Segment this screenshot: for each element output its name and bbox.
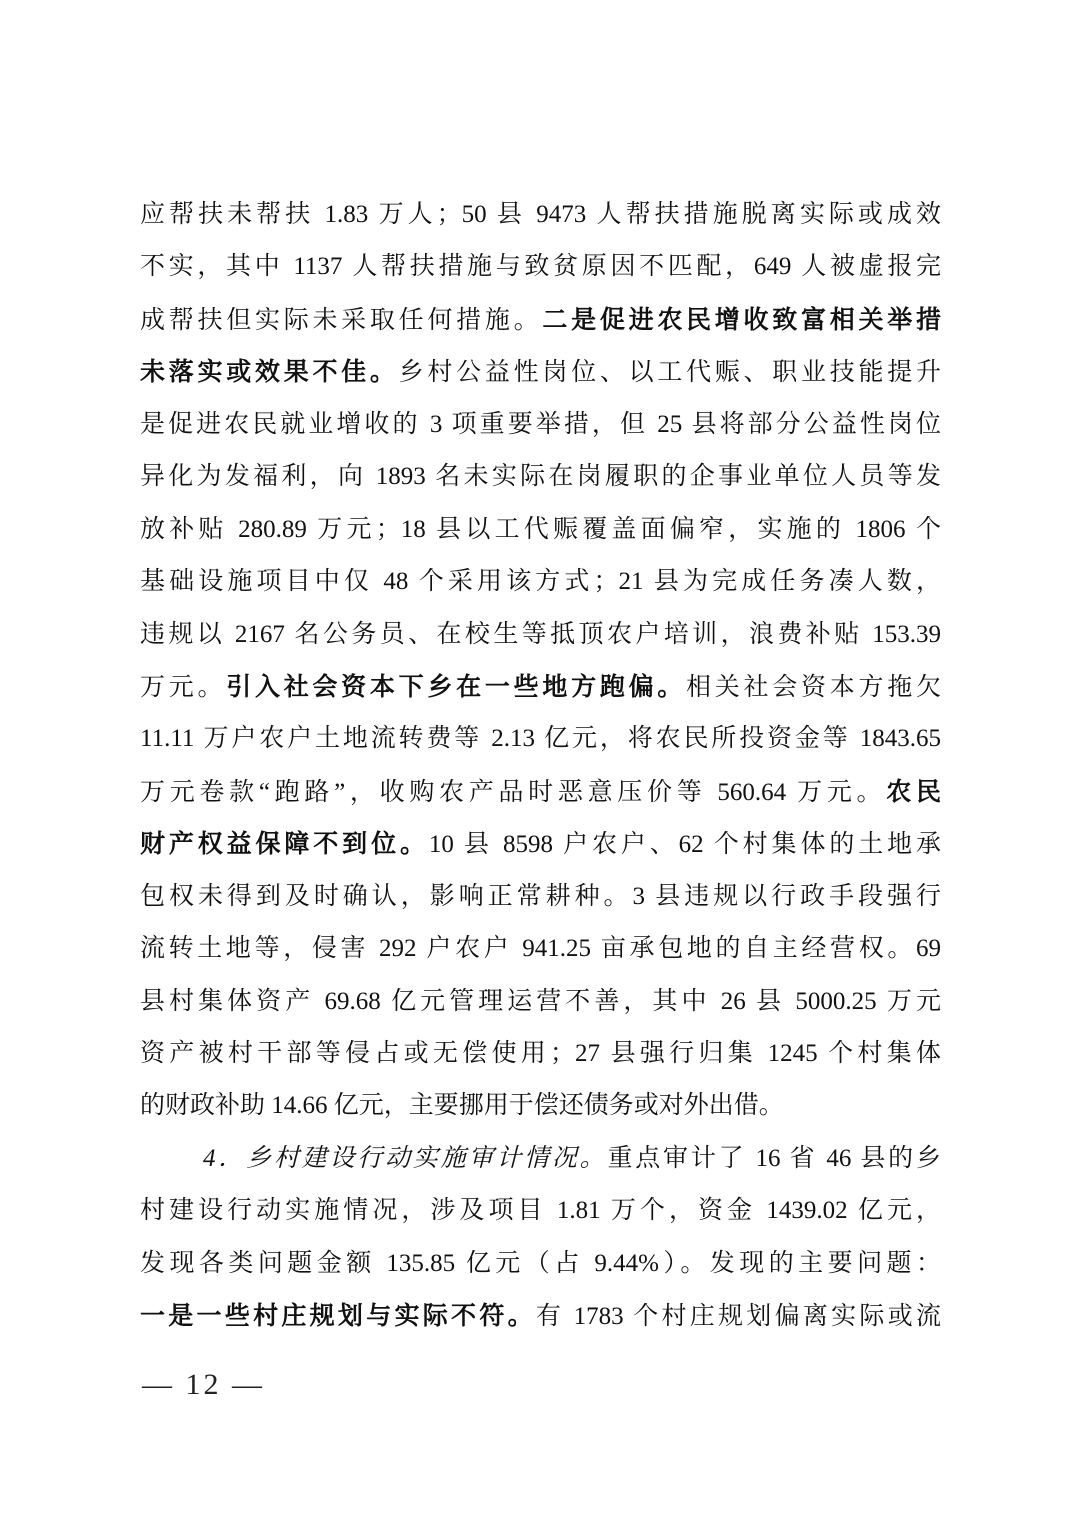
- text-line: 未落实或效果不佳。乡村公益性岗位、以工代赈、职业技能提升: [140, 346, 941, 398]
- text-line: 11.11 万户农户土地流转费等 2.13 亿元，将农民所投资金等 1843.6…: [140, 713, 941, 765]
- emphasis-text: 未落实或效果不佳。: [140, 358, 399, 386]
- text-line: 财产权益保障不到位。10 县 8598 户农户、62 个村集体的土地承: [140, 818, 941, 870]
- body-text-run: 基础设施项目中仅 48 个采用该方式；21 县为完成任务凑人数，: [140, 568, 941, 595]
- text-line: 万元。引入社会资本下乡在一些地方跑偏。相关社会资本方拖欠: [140, 661, 941, 713]
- body-text-run: 包权未得到及时确认，影响正常耕种。3 县违规以行政手段强行: [140, 883, 941, 910]
- text-line: 是促进农民就业增收的 3 项重要举措，但 25 县将部分公益性岗位: [140, 399, 941, 451]
- body-text-run: 发现各类问题金额 135.85 亿元（占 9.44%）。发现的主要问题：: [140, 1250, 941, 1277]
- text-line: 不实，其中 1137 人帮扶措施与致贫原因不匹配，649 人被虚报完: [140, 241, 941, 293]
- page-number: — 12 —: [142, 1360, 265, 1410]
- body-text-run: 11.11 万户农户土地流转费等 2.13 亿元，将农民所投资金等 1843.6…: [140, 725, 941, 752]
- item-heading-text: 4．乡村建设行动实施审计情况。: [203, 1145, 607, 1172]
- body-text-run: 的财政补助 14.66 亿元，主要挪用于偿还债务或对外出借。: [140, 1092, 784, 1119]
- text-line: 成帮扶但实际未采取任何措施。二是促进农民增收致富相关举措: [140, 294, 941, 346]
- text-line: 一是一些村庄规划与实际不符。有 1783 个村庄规划偏离实际或流: [140, 1290, 941, 1342]
- text-line: 县村集体资产 69.68 亿元管理运营不善，其中 26 县 5000.25 万元: [140, 976, 941, 1028]
- document-page: 应帮扶未帮扶 1.83 万人；50 县 9473 人帮扶措施脱离实际或成效不实，…: [0, 0, 1080, 1527]
- body-text-run: 异化为发福利，向 1893 名未实际在岗履职的企事业单位人员等发: [140, 463, 941, 490]
- body-text-run: 资产被村干部等侵占或无偿使用；27 县强行归集 1245 个村集体: [140, 1040, 941, 1067]
- text-line: 的财政补助 14.66 亿元，主要挪用于偿还债务或对外出借。: [140, 1080, 941, 1132]
- body-text-run: 放补贴 280.89 万元；18 县以工代赈覆盖面偏窄，实施的 1806 个: [140, 516, 941, 543]
- text-line: 违规以 2167 名公务员、在校生等抵顶农户培训，浪费补贴 153.39: [140, 609, 941, 661]
- body-text-run: 相关社会资本方拖欠: [686, 674, 941, 701]
- body-text-run: 不实，其中 1137 人帮扶措施与致贫原因不匹配，649 人被虚报完: [140, 253, 941, 280]
- text-line: 发现各类问题金额 135.85 亿元（占 9.44%）。发现的主要问题：: [140, 1238, 941, 1290]
- text-line: 应帮扶未帮扶 1.83 万人；50 县 9473 人帮扶措施脱离实际或成效: [140, 189, 941, 241]
- body-text-run: 应帮扶未帮扶 1.83 万人；50 县 9473 人帮扶措施脱离实际或成效: [140, 201, 941, 228]
- emphasis-text: 引入社会资本下乡在一些地方跑偏。: [226, 673, 686, 701]
- emphasis-text: 财产权益保障不到位。: [140, 830, 429, 858]
- body-text-run: 是促进农民就业增收的 3 项重要举措，但 25 县将部分公益性岗位: [140, 411, 941, 438]
- body-text-run: 有 1783 个村庄规划偏离实际或流: [536, 1303, 941, 1330]
- emphasis-text: 二是促进农民增收致富相关举措: [542, 306, 941, 334]
- body-text-run: 县村集体资产 69.68 亿元管理运营不善，其中 26 县 5000.25 万元: [140, 988, 941, 1015]
- text-line: 资产被村干部等侵占或无偿使用；27 县强行归集 1245 个村集体: [140, 1028, 941, 1080]
- text-line: 异化为发福利，向 1893 名未实际在岗履职的企事业单位人员等发: [140, 451, 941, 503]
- emphasis-text: 一是一些村庄规划与实际不符。: [140, 1302, 536, 1330]
- body-text-run: 流转土地等，侵害 292 户农户 941.25 亩承包地的自主经营权。69: [140, 935, 941, 962]
- body-text-run: 违规以 2167 名公务员、在校生等抵顶农户培训，浪费补贴 153.39: [140, 621, 941, 648]
- text-line: 包权未得到及时确认，影响正常耕种。3 县违规以行政手段强行: [140, 871, 941, 923]
- text-line: 村建设行动实施情况，涉及项目 1.81 万个，资金 1439.02 亿元，: [140, 1185, 941, 1237]
- body-text-run: 10 县 8598 户农户、62 个村集体的土地承: [429, 831, 941, 858]
- body-text-run: 万元。: [140, 674, 226, 701]
- text-line: 放补贴 280.89 万元；18 县以工代赈覆盖面偏窄，实施的 1806 个: [140, 504, 941, 556]
- text-line: 流转土地等，侵害 292 户农户 941.25 亩承包地的自主经营权。69: [140, 923, 941, 975]
- body-text-run: 村建设行动实施情况，涉及项目 1.81 万个，资金 1439.02 亿元，: [140, 1197, 941, 1224]
- text-line: 基础设施项目中仅 48 个采用该方式；21 县为完成任务凑人数，: [140, 556, 941, 608]
- body-text-run: 成帮扶但实际未采取任何措施。: [140, 307, 542, 334]
- body-text-run: 万元卷款“跑路”，收购农产品时恶意压价等 560.64 万元。: [140, 779, 886, 806]
- text-line: 4．乡村建设行动实施审计情况。重点审计了 16 省 46 县的乡: [140, 1133, 941, 1185]
- body-text-run: 乡村公益性岗位、以工代赈、职业技能提升: [399, 359, 941, 386]
- body-text-block: 应帮扶未帮扶 1.83 万人；50 县 9473 人帮扶措施脱离实际或成效不实，…: [140, 189, 941, 1343]
- paragraph-indent: [140, 1165, 203, 1166]
- text-line: 万元卷款“跑路”，收购农产品时恶意压价等 560.64 万元。农民: [140, 766, 941, 818]
- emphasis-text: 农民: [886, 778, 941, 806]
- body-text-run: 重点审计了 16 省 46 县的乡: [607, 1145, 941, 1172]
